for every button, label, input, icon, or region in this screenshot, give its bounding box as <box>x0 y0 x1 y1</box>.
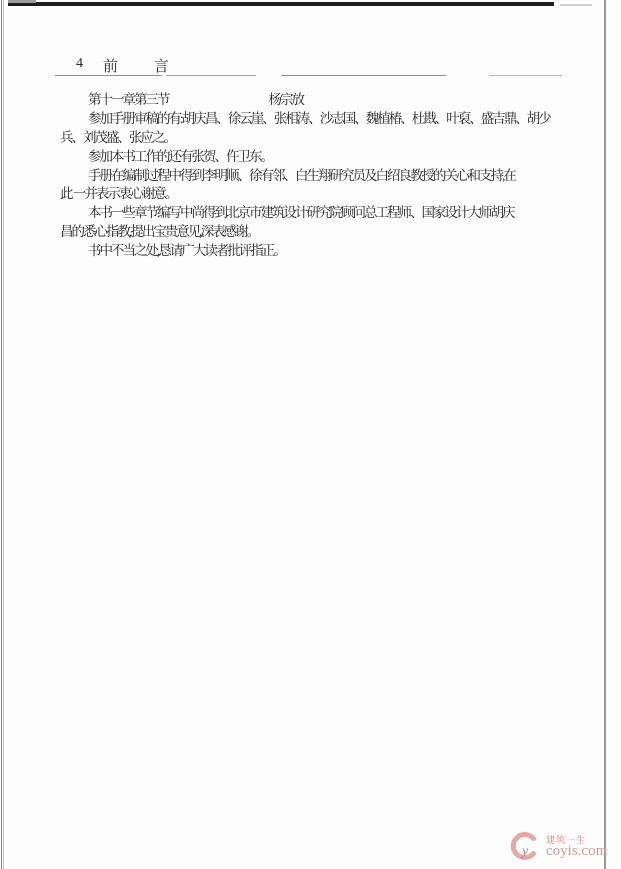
scan-top-gray-blob <box>8 0 36 3</box>
scan-right-edge-line <box>604 0 606 869</box>
scan-top-gray-dash <box>560 4 592 6</box>
header-rule-segment <box>166 75 256 76</box>
text-line: 第十一章第三节杨宗放 <box>60 88 562 107</box>
scan-left-edge-line-2 <box>3 0 4 869</box>
watermark: y 建筑一生 coyis.com <box>509 830 617 868</box>
preface-text-block: 第十一章第三节杨宗放参加手册审稿的有:胡庆昌、徐云崖、张相涛、沙志国、魏植椿、杜… <box>60 88 562 258</box>
scanned-book-page: 4 前 言 第十一章第三节杨宗放参加手册审稿的有:胡庆昌、徐云崖、张相涛、沙志国… <box>0 0 621 869</box>
text-line: 参加手册审稿的有:胡庆昌、徐云崖、张相涛、沙志国、魏植椿、杜戡、叶裒、盛吉鼎、胡… <box>60 107 562 126</box>
page-header-title: 前 言 <box>103 55 185 76</box>
text-line: 参加本书工作的还有张贺、仵卫东。 <box>60 145 562 164</box>
watermark-site-text: coyis.com <box>546 843 607 860</box>
text-line-segment: 第十一章第三节 <box>88 92 169 107</box>
header-rule-segment <box>55 75 162 76</box>
page-number: 4 <box>76 56 83 72</box>
scan-top-black-band <box>8 2 554 6</box>
text-line: 兵、刘茂盛、张应之。 <box>60 126 562 145</box>
text-line: 此 一并表示衷心谢意。 <box>60 182 562 201</box>
text-line: 手册在编制过程中得到李明顺、徐有邻、白生翔研究员及白绍良教授的关心和支持,在 <box>60 164 562 183</box>
scan-left-edge-line <box>1 0 2 869</box>
header-rule-segment <box>489 75 562 76</box>
header-rule-segment <box>281 75 446 76</box>
svg-text:y: y <box>520 844 529 859</box>
text-line: 书中不当之处,恳请广大读者批评指正。 <box>60 239 562 258</box>
text-line: 昌的悉心指教,提出宝贵意见,深表感谢。 <box>60 220 562 239</box>
text-line-segment: 杨宗放 <box>269 92 304 107</box>
text-line: 本书一些章节编写中尚得到北京市建筑设计研究院顾问总工程师、国家设计大师胡庆 <box>60 201 562 220</box>
coyis-logo-icon: y <box>509 831 539 861</box>
